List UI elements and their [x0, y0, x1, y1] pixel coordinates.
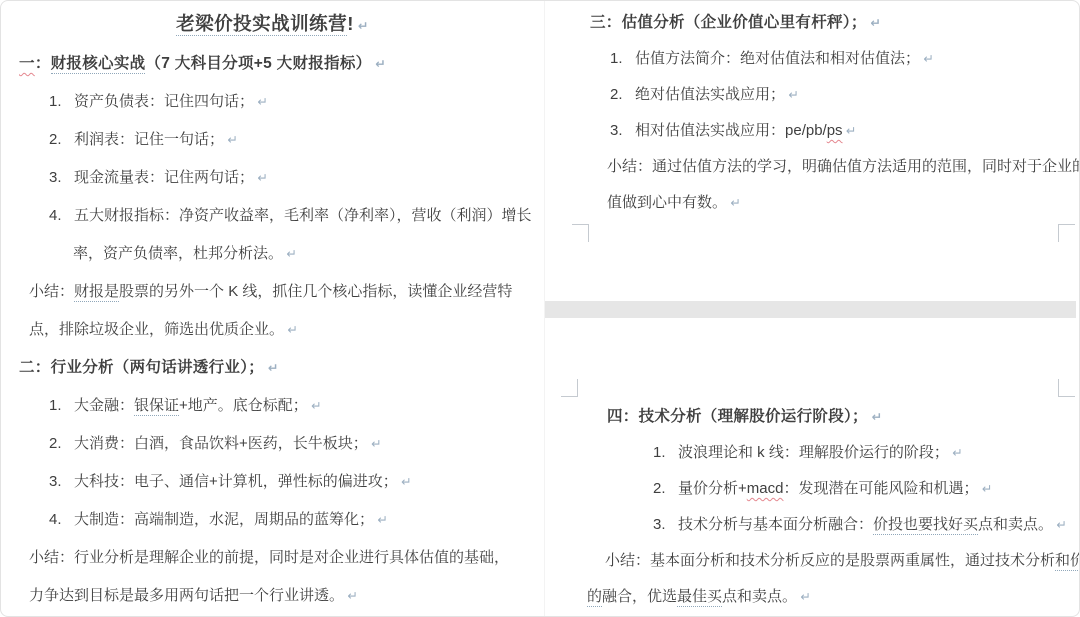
summary-line: 小结：财报是股票的另外一个 K 线，抓住几个核心指标，读懂企业经营特 [1, 273, 544, 311]
summary-line: 小结：基本面分析和技术分析反应的是股票两重属性，通过技术分析和价投 [545, 543, 1080, 579]
summary-line: 小结：通过估值方法的学习，明确估值方法适用的范围，同时对于企业的价 [545, 149, 1080, 185]
list-item: 2. 大消费：白酒，食品饮料+医药，长牛板块； ↵ [1, 425, 544, 463]
list-item: 2. 绝对估值法实战应用； ↵ [545, 77, 1080, 113]
list-item: 2. 量价分析+macd：发现潜在可能风险和机遇； ↵ [545, 471, 1080, 507]
doc-title: 老梁价投实战训练营! ↵ [1, 1, 544, 45]
summary-line: 的融合，优选最佳买点和卖点。 ↵ [545, 579, 1080, 615]
page-2-content: 三：估值分析（企业价值心里有杆秤）； ↵ 1. 估值方法简介：绝对估值法和相对估… [545, 5, 1080, 221]
list-item: 4. 五大财报指标：净资产收益率，毛利率（净利率），营收（利润）增长 [1, 197, 544, 235]
list-item-wrap: 率，资产负债率，杜邦分析法。 ↵ [1, 235, 544, 273]
document-screenshot: 老梁价投实战训练营! ↵ 一：财报核心实战（7 大科目分项+5 大财报指标） ↵… [0, 0, 1080, 617]
list-item: 1. 大金融：银保证+地产。底仓标配； ↵ [1, 387, 544, 425]
section-4-heading: 四：技术分析（理解股价运行阶段）； ↵ [545, 399, 1080, 435]
list-item: 3. 技术分析与基本面分析融合：价投也要找好买点和卖点。 ↵ [545, 507, 1080, 543]
page-2-3: 三：估值分析（企业价值心里有杆秤）； ↵ 1. 估值方法简介：绝对估值法和相对估… [544, 1, 1080, 617]
list-item: 1. 资产负债表：记住四句话； ↵ [1, 83, 544, 121]
list-item: 1. 波浪理论和 k 线：理解股价运行的阶段； ↵ [545, 435, 1080, 471]
page-corner-mark [1058, 379, 1075, 397]
section-2-heading: 二：行业分析（两句话讲透行业）； ↵ [1, 349, 544, 387]
summary-line: 值做到心中有数。 ↵ [545, 185, 1080, 221]
page-corner-mark [1058, 224, 1075, 242]
section-1-heading: 一：财报核心实战（7 大科目分项+5 大财报指标） ↵ [1, 45, 544, 83]
summary-line: 小结：行业分析是理解企业的前提，同时是对企业进行具体估值的基础， [1, 539, 544, 577]
page-corner-mark [572, 224, 589, 242]
summary-line: 力争达到目标是最多用两句话把一个行业讲透。 ↵ [1, 577, 544, 615]
list-item: 3. 相对估值法实战应用：pe/pb/ps ↵ [545, 113, 1080, 149]
list-item: 1. 估值方法简介：绝对估值法和相对估值法； ↵ [545, 41, 1080, 77]
page-corner-mark [561, 379, 578, 397]
page-1: 老梁价投实战训练营! ↵ 一：财报核心实战（7 大科目分项+5 大财报指标） ↵… [1, 1, 544, 617]
list-item: 2. 利润表：记住一句话； ↵ [1, 121, 544, 159]
page-3-content: 四：技术分析（理解股价运行阶段）； ↵ 1. 波浪理论和 k 线：理解股价运行的… [545, 399, 1080, 615]
list-item: 4. 大制造：高端制造，水泥，周期品的蓝筹化； ↵ [1, 501, 544, 539]
list-item: 3. 大科技：电子、通信+计算机，弹性标的偏进攻； ↵ [1, 463, 544, 501]
section-3-heading: 三：估值分析（企业价值心里有杆秤）； ↵ [545, 5, 1080, 41]
page-gap-band [545, 301, 1076, 318]
summary-line: 点，排除垃圾企业，筛选出优质企业。 ↵ [1, 311, 544, 349]
list-item: 3. 现金流量表：记住两句话； ↵ [1, 159, 544, 197]
